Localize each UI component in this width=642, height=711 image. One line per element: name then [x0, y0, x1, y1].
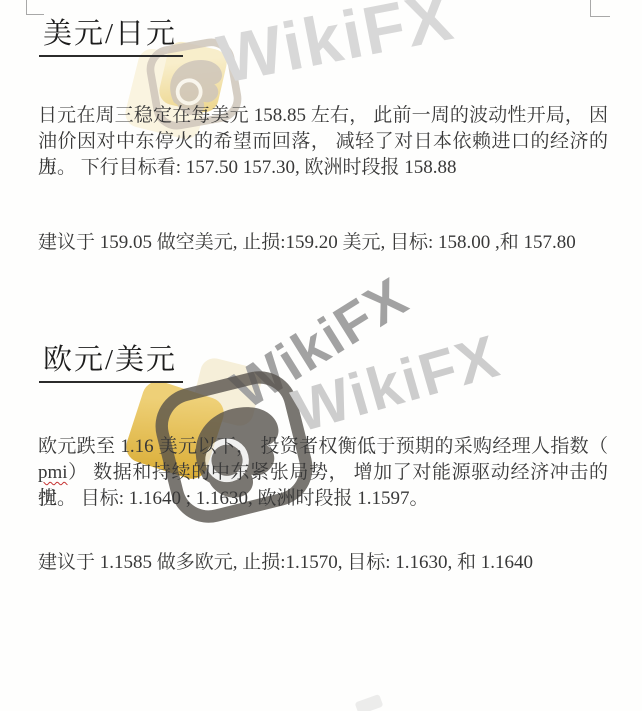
paragraph-line: 日元在周三稳定在每美元 158.85 左右， 此前一周的波动性开局， 因 [38, 103, 608, 129]
usd-jpy-trade-suggestion: 建议于 159.05 做空美元, 止损:159.20 美元, 目标: 158.0… [38, 231, 618, 255]
paragraph-line: 油价因对中东停火的希望而回落， 减轻了对日本依赖进口的经济的压 [38, 129, 608, 155]
section-title-eur-usd: 欧元/美元 [39, 343, 183, 383]
watermark-fragment [355, 694, 384, 711]
eur-usd-trade-suggestion: 建议于 1.1585 做多欧元, 止损:1.1570, 目标: 1.1630, … [38, 551, 618, 575]
paragraph-line: pmi） 数据和持续的中东紧张局势， 增加了对能源驱动经济冲击的担 [38, 460, 608, 486]
eur-usd-paragraph: 欧元跌至 1.16 美元以下， 投资者权衡低于预期的采购经理人指数（ pmi） … [38, 434, 608, 512]
section-title-usd-jpy: 美元/日元 [39, 17, 183, 57]
wikifx-watermark-text: WikiFX [212, 0, 459, 96]
section-title-usd-jpy-text: 美元/日元 [39, 17, 183, 57]
usd-jpy-paragraph: 日元在周三稳定在每美元 158.85 左右， 此前一周的波动性开局， 因 油价因… [38, 103, 608, 181]
margin-crop-mark-right [590, 0, 610, 17]
paragraph-line: 力。 下行目标看: 157.50 157.30, 欧洲时段报 158.88 [38, 155, 608, 181]
paragraph-line: 忧。 目标: 1.1640 ; 1.1630, 欧洲时段报 1.1597。 [38, 486, 608, 512]
document-page: WikiFX WikiFX WikiFX 美元/日元 日元在周三稳定在每美元 1… [0, 0, 642, 711]
paragraph-line: 欧元跌至 1.16 美元以下， 投资者权衡低于预期的采购经理人指数（ [38, 434, 608, 460]
misspelled-word-pmi: pmi [38, 462, 68, 483]
margin-crop-mark-left [26, 0, 44, 15]
wikifx-watermark-text-light: WikiFX [286, 326, 506, 442]
wikifx-watermark-text-dark: WikiFX [223, 268, 417, 418]
watermark-logo-square-cream [190, 355, 265, 428]
section-title-eur-usd-text: 欧元/美元 [39, 343, 183, 383]
